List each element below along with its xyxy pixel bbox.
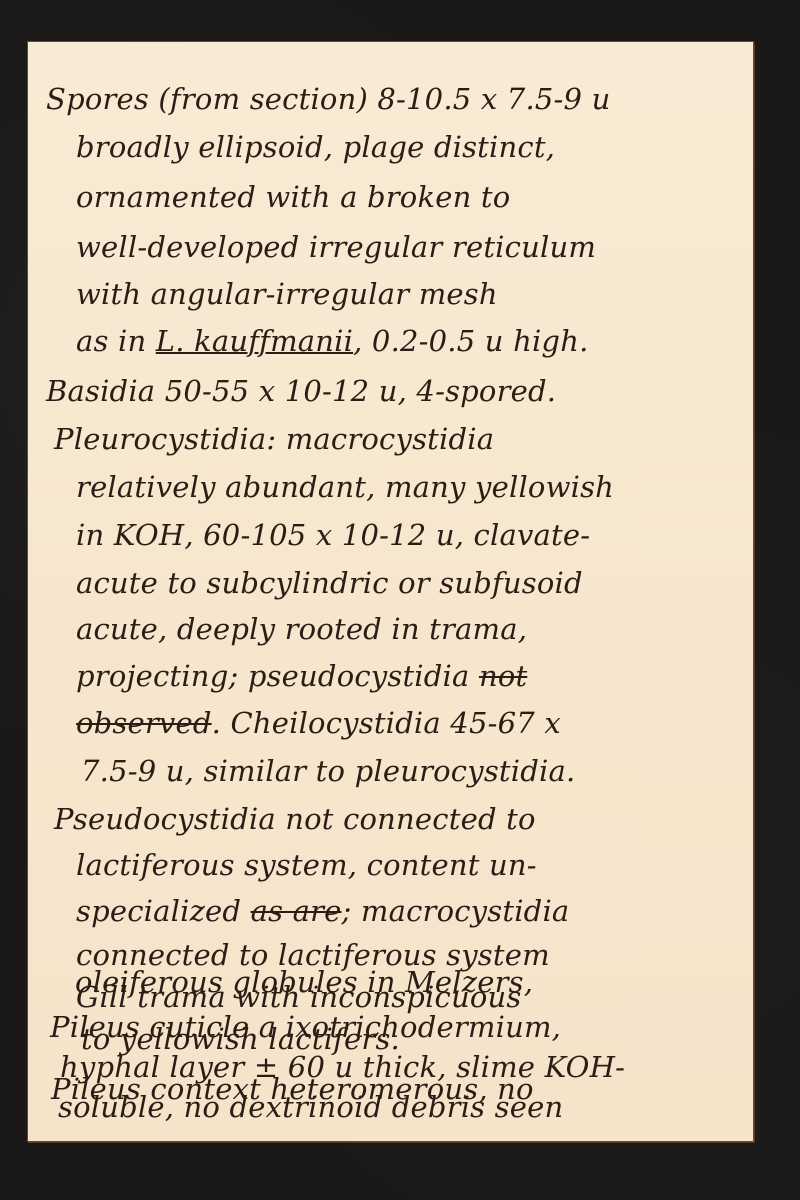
note-line: Pseudocystidia not connected to — [54, 802, 536, 836]
note-line: Pleurocystidia: macrocystidia — [54, 422, 494, 456]
note-line: acute, deeply rooted in trama, — [76, 612, 527, 646]
note-line: Pileus cuticle a ixotrichodermium, — [50, 1010, 561, 1044]
note-line: 7.5-9 u, similar to pleurocystidia. — [81, 754, 575, 788]
line-prefix: specialized — [76, 894, 251, 928]
struck-word: observed — [76, 706, 212, 740]
note-line: lactiferous system, content un- — [76, 848, 537, 882]
line-suffix: , 0.2-0.5 u high. — [353, 324, 588, 358]
note-line: soluble, no dextrinoid debris seen — [58, 1090, 563, 1124]
line-suffix: . Cheilocystidia 45-67 x — [212, 706, 561, 740]
underlined-species-name: L. kauffmanii — [156, 324, 353, 358]
note-line: oleiferous globules in Melzers, — [75, 965, 533, 999]
line-prefix: projecting; pseudocystidia — [76, 659, 479, 693]
note-line: with angular-irregular mesh — [76, 277, 498, 311]
note-line: in KOH, 60-105 x 10-12 u, clavate- — [76, 518, 590, 552]
note-line: broadly ellipsoid, plage distinct, — [76, 130, 555, 164]
note-line: projecting; pseudocystidia not — [76, 659, 527, 693]
note-line: ornamented with a broken to — [76, 180, 510, 214]
note-line: as in L. kauffmanii, 0.2-0.5 u high. — [76, 324, 589, 358]
note-line: hyphal layer ± 60 u thick, slime KOH- — [60, 1050, 625, 1084]
note-line: specialized as are; macrocystidia — [76, 894, 569, 928]
note-line: observed. Cheilocystidia 45-67 x — [76, 706, 561, 740]
note-line: well-developed irregular reticulum — [76, 230, 596, 264]
note-line: Basidia 50-55 x 10-12 u, 4-spored. — [46, 374, 556, 408]
note-line: relatively abundant, many yellowish — [76, 470, 614, 504]
note-line: acute to subcylindric or subfusoid — [76, 566, 583, 600]
struck-word: not — [479, 659, 527, 693]
note-line: Spores (from section) 8-10.5 x 7.5-9 u — [46, 82, 610, 116]
line-prefix: as in — [76, 324, 156, 358]
struck-word: as are — [251, 894, 342, 928]
line-suffix: ; macrocystidia — [342, 894, 570, 928]
